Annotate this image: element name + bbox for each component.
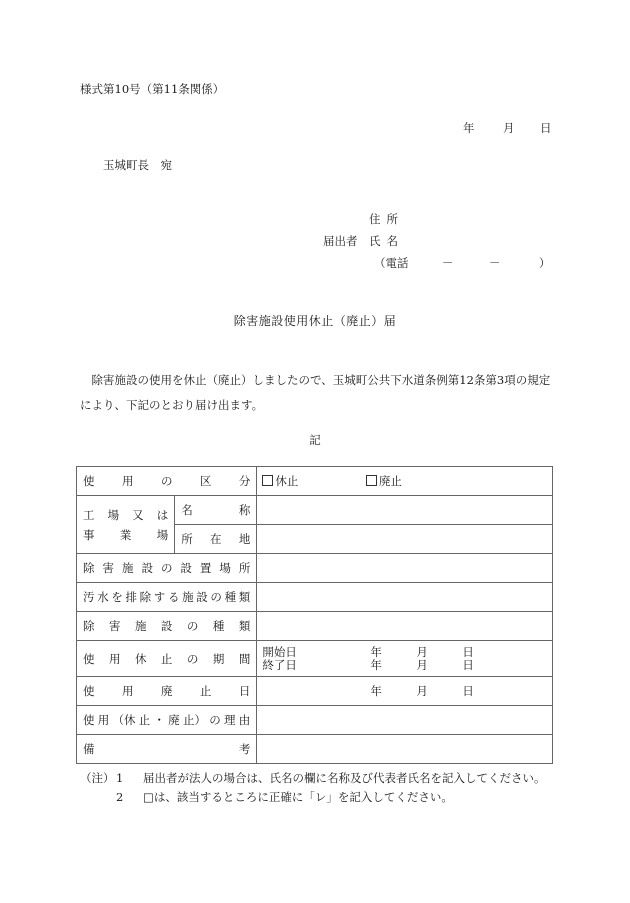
factory-label: 工場又は 事業場	[77, 496, 175, 554]
checkbox-abolish-label: 廃止	[379, 473, 402, 489]
factory-label-line-1: 工場又は	[83, 505, 168, 525]
label-char: 害	[109, 618, 121, 634]
label-char: 称	[239, 502, 251, 518]
factory-label-line-2: 事業場	[83, 525, 168, 545]
notification-form-table: 使用の区分 休止 廃止 工場又は 事業場 名称 所在地	[76, 466, 553, 764]
label-char: 止	[161, 651, 173, 667]
label-char: 止）	[183, 712, 206, 728]
label-char: 業	[120, 525, 132, 545]
label-char: 止	[200, 683, 212, 699]
checkbox-suspend[interactable]: 休止	[262, 473, 362, 489]
label-char: 日	[239, 683, 251, 699]
facility-type-label: 除害施設の種類	[77, 612, 257, 641]
label-char: 使	[83, 651, 95, 667]
note-number: 2	[116, 788, 143, 807]
note-prefix: （注）	[80, 769, 116, 788]
label-char: 除	[140, 589, 152, 605]
install-place-label: 除害施設の設置場所	[77, 554, 257, 583]
factory-location-value[interactable]	[257, 525, 553, 554]
checkbox-icon[interactable]	[262, 475, 273, 486]
label-char: 害	[102, 560, 114, 576]
note-prefix-spacer	[80, 788, 116, 807]
label-char: 休	[135, 651, 147, 667]
note-text: □は、該当するところに正確に「レ」を記入してください。	[143, 788, 453, 807]
end-day: 日	[462, 659, 508, 672]
label-char: 地	[239, 531, 251, 547]
label-char: 理	[224, 712, 236, 728]
label-char: 場	[108, 505, 120, 525]
label-char: 工	[83, 505, 95, 525]
label-char: 設	[161, 618, 173, 634]
label-char: 設	[180, 560, 192, 576]
label-char: 名	[181, 502, 193, 518]
label-char: 施	[135, 618, 147, 634]
label-char: 用	[109, 651, 121, 667]
label-char: 使	[83, 683, 95, 699]
label-char: の	[210, 589, 222, 605]
label-char: 所	[181, 531, 193, 547]
label-char: る	[168, 589, 180, 605]
date-day: 日	[540, 120, 552, 136]
row-wastewater-facility: 汚水を排除する施設の種類	[77, 583, 553, 612]
label-chars: 使用廃止日	[83, 683, 250, 699]
row-facility-type: 除害施設の種類	[77, 612, 553, 641]
label-chars: 使用の区分	[83, 473, 250, 489]
wastewater-facility-value[interactable]	[257, 583, 553, 612]
remarks-value[interactable]	[257, 735, 553, 764]
end-month: 月	[416, 659, 462, 672]
start-date-row: 開始日 年 月 日	[262, 646, 546, 659]
factory-location-label: 所在地	[175, 525, 257, 554]
label-char: 間	[239, 651, 251, 667]
label-char: 場	[157, 525, 169, 545]
facility-type-value[interactable]	[257, 612, 553, 641]
label-char: 設	[196, 589, 208, 605]
label-chars: 備考	[83, 741, 250, 757]
row-reason: 使用（休止・廃止）の理由	[77, 706, 553, 735]
label-char: の	[209, 712, 221, 728]
note-number: 1	[116, 769, 143, 788]
notes: （注） 1 届出者が法人の場合は、氏名の欄に名称及び代表者氏名を記入してください…	[80, 769, 546, 807]
remarks-label: 備考	[77, 735, 257, 764]
label-chars: 汚水を排除する施設の種類	[83, 589, 250, 605]
suspension-period-value[interactable]: 開始日 年 月 日 終了日 年 月 日	[257, 641, 553, 677]
checkbox-icon[interactable]	[366, 475, 377, 486]
suspension-period-label: 使用休止の期間	[77, 641, 257, 677]
label-char: 止	[139, 712, 151, 728]
start-month: 月	[416, 646, 462, 659]
label-char: 排	[125, 589, 137, 605]
body-line-1: 除害施設の使用を休止（廃止）しましたので、玉城町公共下水道条例第12条第3項の規…	[80, 368, 560, 393]
label-char: 用	[98, 712, 110, 728]
row-remarks: 備考	[77, 735, 553, 764]
label-chars: 名称	[181, 502, 250, 518]
label-char: 汚	[83, 589, 95, 605]
label-char: は	[157, 505, 169, 525]
label-char: 備	[83, 741, 95, 757]
phone-line: （電話 － － ）	[374, 255, 551, 271]
label-char: 在	[210, 531, 222, 547]
end-date-label: 終了日	[262, 659, 370, 672]
note-text: 届出者が法人の場合は、氏名の欄に名称及び代表者氏名を記入してください。	[143, 769, 546, 788]
label-char: の	[187, 618, 199, 634]
abolition-year: 年	[370, 683, 416, 699]
label-char: 施	[182, 589, 194, 605]
document-title: 除害施設使用休止（廃止）届	[0, 312, 630, 329]
start-date-label: 開始日	[262, 646, 370, 659]
label-char: の	[187, 651, 199, 667]
address-label: 住所	[369, 211, 404, 227]
reason-value[interactable]	[257, 706, 553, 735]
reason-label: 使用（休止・廃止）の理由	[77, 706, 257, 735]
recipient: 玉城町長 宛	[103, 157, 172, 173]
label-char: 期	[213, 651, 225, 667]
label-char: 又	[132, 505, 144, 525]
label-char: 用	[122, 683, 134, 699]
label-chars: 除害施設の設置場所	[83, 560, 250, 576]
checkbox-suspend-label: 休止	[275, 473, 298, 489]
date-month: 月	[503, 120, 540, 136]
label-char: の	[161, 560, 173, 576]
label-char: 廃	[168, 712, 180, 728]
submission-date: 年 月 日	[463, 120, 552, 136]
body-text: 除害施設の使用を休止（廃止）しましたので、玉城町公共下水道条例第12条第3項の規…	[80, 368, 560, 418]
label-char: 用	[122, 473, 134, 489]
wastewater-facility-label: 汚水を排除する施設の種類	[77, 583, 257, 612]
end-year: 年	[370, 659, 416, 672]
phone-dash-2: －	[489, 255, 539, 271]
label-char: 場	[219, 560, 231, 576]
label-char: 類	[239, 589, 251, 605]
checkbox-abolish[interactable]: 廃止	[366, 473, 402, 489]
phone-dash-1: －	[442, 255, 489, 271]
label-char: 施	[122, 560, 134, 576]
label-char: 使	[83, 712, 95, 728]
name-label: 氏名	[369, 233, 404, 249]
ki-heading: 記	[0, 432, 630, 448]
label-char: 設	[141, 560, 153, 576]
note-2: 2 □は、該当するところに正確に「レ」を記入してください。	[80, 788, 546, 807]
label-char: 所	[239, 560, 251, 576]
label-char: 類	[239, 618, 251, 634]
row-suspension-period: 使用休止の期間 開始日 年 月 日 終了日 年 月 日	[77, 641, 553, 677]
install-place-value[interactable]	[257, 554, 553, 583]
label-chars: 使用（休止・廃止）の理由	[83, 712, 250, 728]
label-chars: 所在地	[181, 531, 250, 547]
date-year: 年	[463, 120, 503, 136]
abolition-day: 日	[462, 683, 508, 699]
label-char: （休	[113, 712, 136, 728]
usage-category-label: 使用の区分	[77, 467, 257, 496]
usage-category-value: 休止 廃止	[257, 467, 553, 496]
label-char: 廃	[161, 683, 173, 699]
abolition-month: 月	[416, 683, 462, 699]
form-number: 様式第10号（第11条関係）	[80, 81, 224, 97]
note-1: （注） 1 届出者が法人の場合は、氏名の欄に名称及び代表者氏名を記入してください…	[80, 769, 546, 788]
abolition-date-value[interactable]: 年 月 日	[257, 677, 553, 706]
label-char: 水	[97, 589, 109, 605]
label-char: す	[154, 589, 166, 605]
label-char: 事	[83, 525, 95, 545]
label-char: ・	[154, 712, 166, 728]
phone-open: （電話	[374, 255, 442, 271]
abolition-date-label: 使用廃止日	[77, 677, 257, 706]
factory-name-value[interactable]	[257, 496, 553, 525]
label-char: 考	[239, 741, 251, 757]
label-char: 除	[83, 618, 95, 634]
label-char: 種	[225, 589, 237, 605]
factory-name-label: 名称	[175, 496, 257, 525]
row-usage-category: 使用の区分 休止 廃止	[77, 467, 553, 496]
label-char: の	[161, 473, 173, 489]
label-char: 除	[83, 560, 95, 576]
row-factory-name: 工場又は 事業場 名称	[77, 496, 553, 525]
phone-close: ）	[539, 255, 551, 271]
start-year: 年	[370, 646, 416, 659]
start-day: 日	[462, 646, 508, 659]
label-char: 種	[213, 618, 225, 634]
end-date-row: 終了日 年 月 日	[262, 659, 546, 672]
body-line-2: により、下記のとおり届け出ます。	[80, 393, 560, 418]
label-char: 由	[239, 712, 251, 728]
label-char: 区	[200, 473, 212, 489]
label-char: を	[111, 589, 123, 605]
label-char: 置	[200, 560, 212, 576]
label-char: 使	[83, 473, 95, 489]
label-char: 分	[239, 473, 251, 489]
notifier-label: 届出者	[323, 233, 358, 249]
label-chars: 使用休止の期間	[83, 651, 250, 667]
row-abolition-date: 使用廃止日 年 月 日	[77, 677, 553, 706]
row-install-place: 除害施設の設置場所	[77, 554, 553, 583]
label-chars: 除害施設の種類	[83, 618, 250, 634]
